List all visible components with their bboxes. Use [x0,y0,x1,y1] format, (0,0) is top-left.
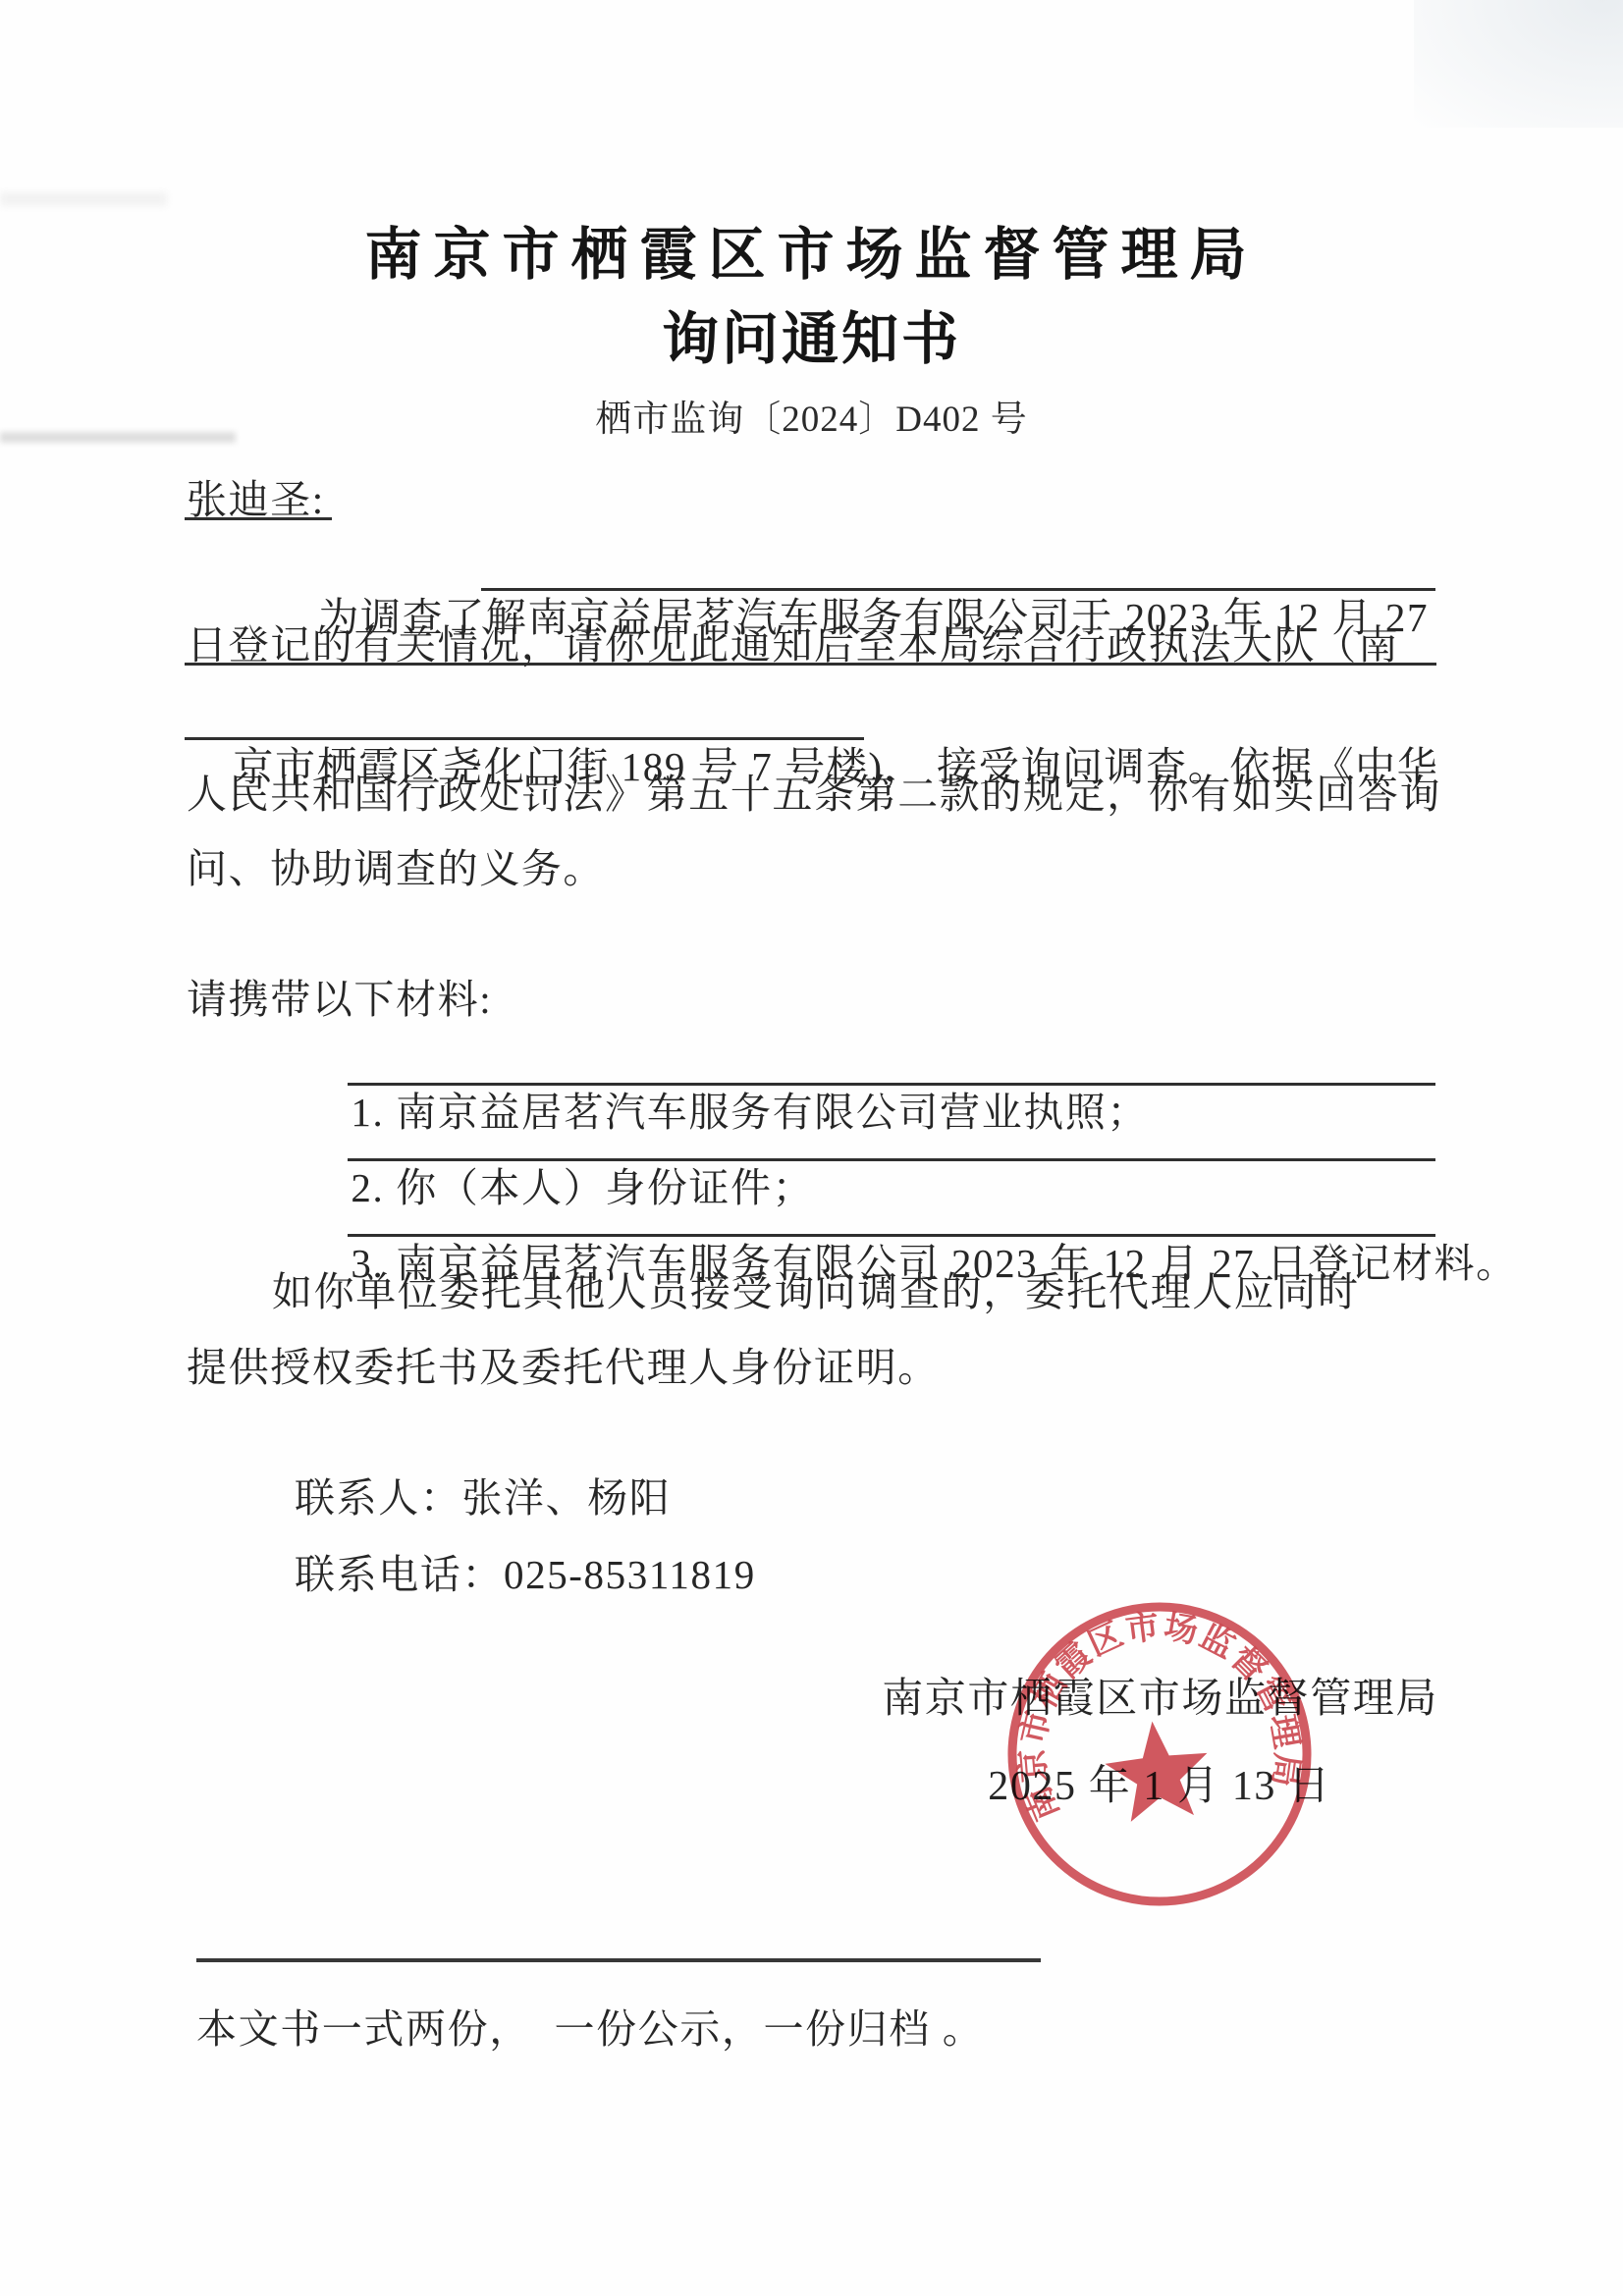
addressee-underline [185,517,332,520]
underline-line-3 [185,737,864,740]
material-item-3-underline [348,1234,1435,1237]
document-title-type: 询问通知书 [0,293,1623,375]
contact-phone: 联系电话：025-85311819 [295,1542,756,1600]
body-line-4: 人民共和国行政处罚法》第五十五条第二款的规定，你有如实回答询 [187,762,1441,820]
material-item-1-underline [348,1083,1435,1086]
scan-tint-top-right [1414,0,1623,128]
document-number: 栖市监询〔2024〕D402 号 [0,389,1623,442]
document-title-agency: 南京市栖霞区市场监督管理局 [0,208,1623,291]
underline-line-1 [481,588,1435,591]
material-item-2-underline [348,1158,1435,1161]
seal-star-icon [1101,1716,1213,1824]
underline-line-2 [185,663,1436,666]
contact-person: 联系人：张洋、杨阳 [295,1466,671,1523]
delegate-line-1: 如你单位委托其他人员接受询问调查的，委托代理人应同时 [272,1259,1360,1317]
body-line-5: 问、协助调查的义务。 [187,836,605,894]
official-seal: 南京市栖霞区市场监督管理局 [982,1576,1338,1933]
scanned-notice-page: 南京市栖霞区市场监督管理局 询问通知书 栖市监询〔2024〕D402 号 张迪圣… [0,0,1623,2296]
footer-note: 本文书一式两份， 一份公示，一份归档 。 [196,1997,984,2055]
scan-smudge-top-left [0,192,167,206]
footer-divider [196,1958,1041,1962]
materials-header: 请携带以下材料: [187,967,492,1025]
delegate-line-2: 提供授权委托书及委托代理人身份证明。 [187,1335,940,1393]
